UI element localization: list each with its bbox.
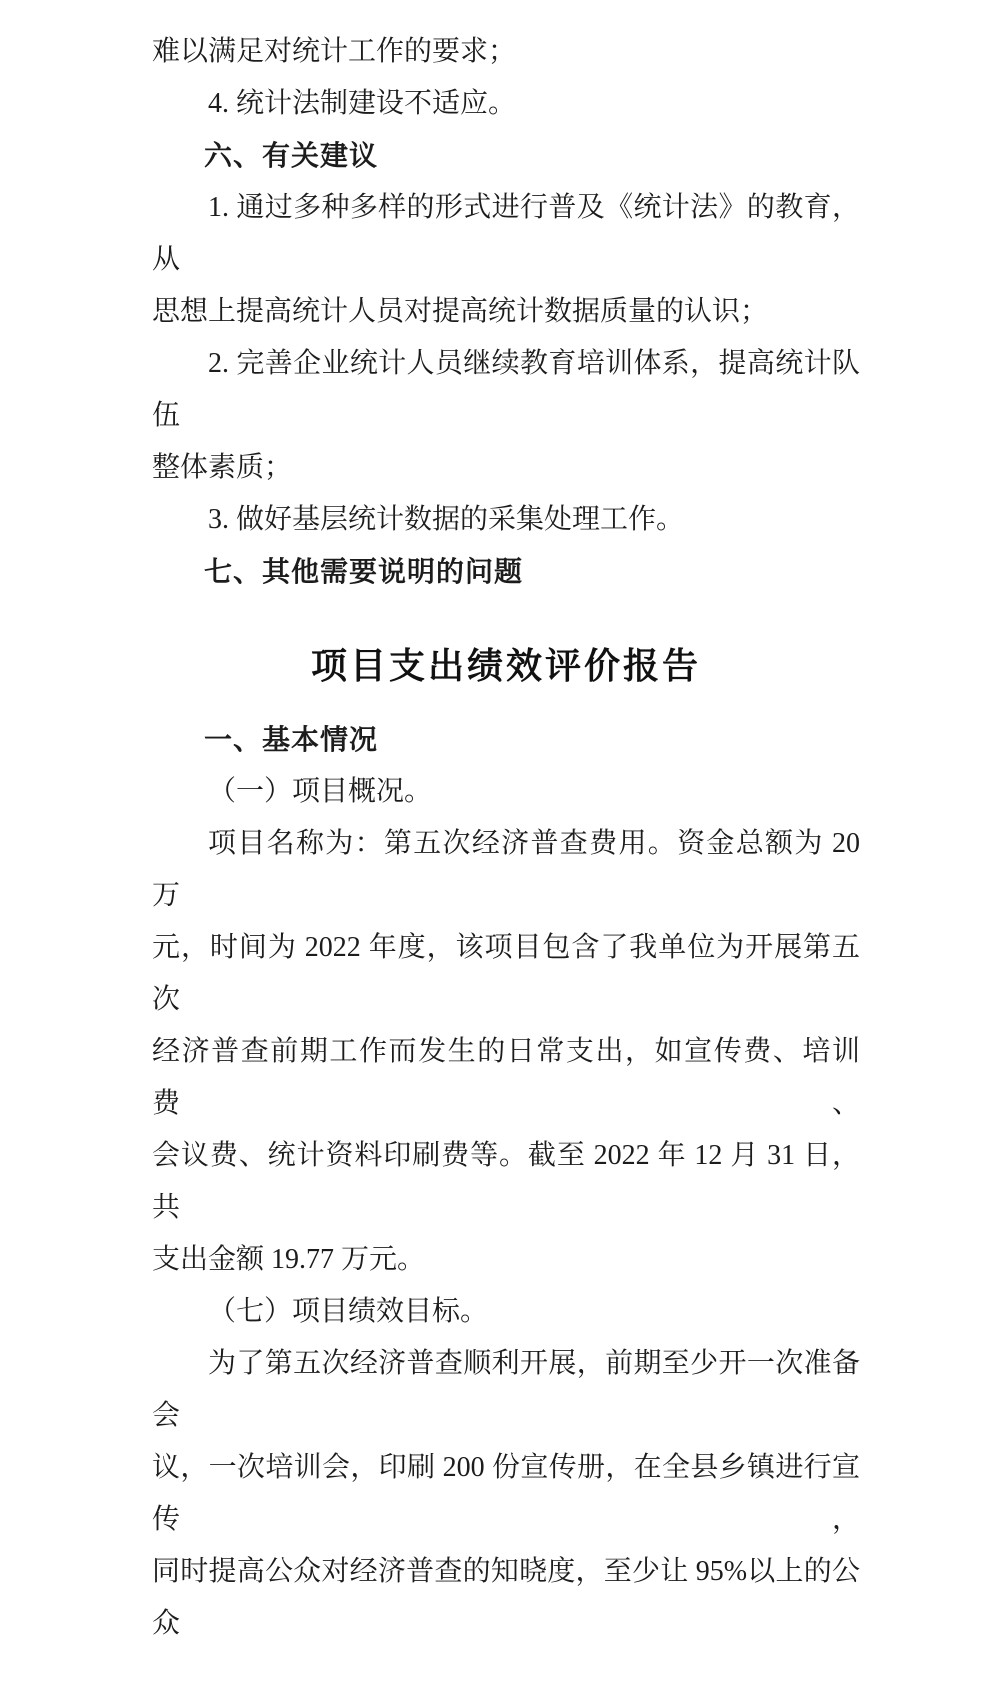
body-line: 3. 做好基层统计数据的采集处理工作。 [152, 494, 860, 546]
body-line: 元，时间为 2022 年度，该项目包含了我单位为开展第五次 [152, 922, 860, 1026]
body-line: 整体素质； [152, 442, 860, 494]
body-line: 支出金额 19.77 万元。 [152, 1234, 860, 1286]
body-line: 难以满足对统计工作的要求； [152, 26, 860, 78]
body-line: （七）项目绩效目标。 [152, 1286, 860, 1338]
section-heading-1: 一、基本情况 [152, 714, 860, 766]
body-line: 2. 完善企业统计人员继续教育培训体系，提高统计队伍 [152, 338, 860, 442]
body-line: 1. 通过多种多样的形式进行普及《统计法》的教育，从 [152, 182, 860, 286]
body-line: 同时提高公众对经济普查的知晓度，至少让 95%以上的公众 [152, 1546, 860, 1650]
body-line: 议，一次培训会，印刷 200 份宣传册，在全县乡镇进行宣传， [152, 1442, 860, 1546]
body-line: 思想上提高统计人员对提高统计数据质量的认识； [152, 286, 860, 338]
document-page: 难以满足对统计工作的要求； 4. 统计法制建设不适应。 六、有关建议 1. 通过… [0, 0, 1000, 1690]
body-line: 项目名称为：第五次经济普查费用。资金总额为 20 万 [152, 818, 860, 922]
body-line: 会议费、统计资料印刷费等。截至 2022 年 12 月 31 日，共 [152, 1130, 860, 1234]
body-line: （一）项目概况。 [152, 766, 860, 818]
body-line: 经济普查前期工作而发生的日常支出，如宣传费、培训费、 [152, 1026, 860, 1130]
section-heading-7: 七、其他需要说明的问题 [152, 546, 860, 598]
body-line: 4. 统计法制建设不适应。 [152, 78, 860, 130]
report-title: 项目支出绩效评价报告 [152, 634, 860, 698]
section-heading-6: 六、有关建议 [152, 130, 860, 182]
body-line: 为了第五次经济普查顺利开展，前期至少开一次准备会 [152, 1338, 860, 1442]
